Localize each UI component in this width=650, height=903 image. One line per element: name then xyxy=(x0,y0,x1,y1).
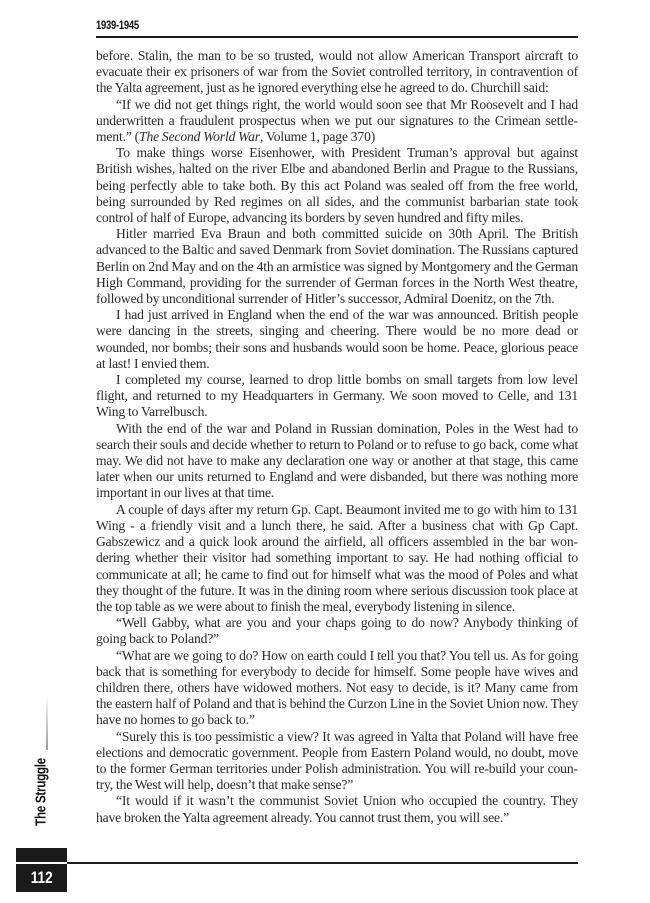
body-text: before. Stalin, the man to be so trusted… xyxy=(96,48,578,826)
paragraph: To make things worse Eisenhower, with Pr… xyxy=(96,145,578,226)
citation-title: The Second World War xyxy=(139,129,260,144)
paragraph-quote: “If we did not get things right, the wor… xyxy=(96,97,578,146)
header-rule xyxy=(96,36,578,38)
paragraph: before. Stalin, the man to be so trusted… xyxy=(96,48,578,97)
citation-details: , Volume 1, page 370) xyxy=(260,129,375,144)
side-section-title: The Struggle xyxy=(33,758,50,826)
page-number-box: 112 xyxy=(16,864,67,892)
paragraph: “What are we going to do? How on earth c… xyxy=(96,648,578,729)
footer-rule xyxy=(67,862,578,864)
paragraph: Hitler married Eva Braun and both commit… xyxy=(96,226,578,307)
paragraph: “Surely this is too pessimistic a view? … xyxy=(96,729,578,794)
paragraph: I had just arrived in England when the e… xyxy=(96,307,578,372)
folio-decorative-bar xyxy=(16,848,67,862)
paragraph: I completed my course, learned to drop l… xyxy=(96,372,578,421)
paragraph: “Well Gabby, what are you and your chaps… xyxy=(96,615,578,647)
side-decorative-line xyxy=(46,695,48,750)
paragraph: A couple of days after my return Gp. Cap… xyxy=(96,502,578,615)
running-head: 1939-1945 xyxy=(96,20,139,32)
paragraph: “It would if it wasn’t the communist Sov… xyxy=(96,793,578,825)
paragraph: With the end of the war and Poland in Ru… xyxy=(96,421,578,502)
page-number: 112 xyxy=(31,864,53,892)
